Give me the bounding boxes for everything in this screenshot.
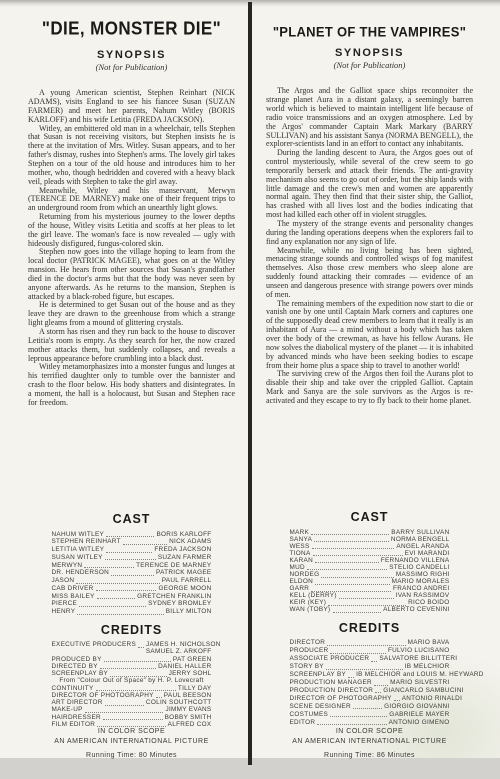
synopsis-body: The Argos and the Galliot space ships re… xyxy=(266,87,473,506)
credit-row: EDITORANTONIO GIMENO xyxy=(290,720,450,726)
credit-row: HAIRDRESSERBOBBY SMITH xyxy=(52,715,212,721)
dotted-leader xyxy=(111,575,154,576)
synopsis-paragraph: The surviving crew of the Argos then foi… xyxy=(266,370,473,405)
dotted-leader xyxy=(79,606,146,607)
dotted-leader xyxy=(76,583,159,584)
cast-list: NAHUM WITLEYBORIS KARLOFFSTEPHEN REINHAR… xyxy=(52,532,212,616)
credit-row-continuation: SAMUEL Z. ARKOFF xyxy=(52,649,212,655)
cast-row: SUSAN WITLEYSUZAN FARMER xyxy=(52,555,212,561)
dotted-leader xyxy=(97,598,136,599)
footer-running-time: Running Time: 80 Minutes xyxy=(28,751,235,761)
dotted-leader xyxy=(375,692,381,693)
synopsis-paragraph: Returning from his mysterious journey to… xyxy=(28,213,235,248)
footer-running-time: Running Time: 86 Minutes xyxy=(266,751,473,761)
credit-row: DIRECTORMARIO BAVA xyxy=(290,640,450,646)
synopsis-paragraph: The Argos and the Galliot space ships re… xyxy=(266,87,473,149)
dotted-leader xyxy=(312,548,395,549)
dotted-leader xyxy=(330,653,385,654)
cast-row: NAHUM WITLEYBORIS KARLOFF xyxy=(52,532,212,538)
dotted-leader xyxy=(311,534,389,535)
credit-row: SCENE DESIGNERGIORGIO GIOVANNI xyxy=(290,704,450,710)
dotted-leader xyxy=(100,668,156,669)
film-title: "DIE, MONSTER DIE" xyxy=(28,19,235,38)
film-panel-die-monster-die: "DIE, MONSTER DIE" SYNOPSIS (Not for Pub… xyxy=(28,0,235,779)
cast-row: STEPHEN REINHARTNICK ADAMS xyxy=(52,539,212,545)
cast-row: JASONPAUL FARRELL xyxy=(52,578,212,584)
footer-color-scope: IN COLOR SCOPE xyxy=(266,727,473,737)
dotted-leader xyxy=(103,719,163,720)
dotted-leader xyxy=(348,677,354,678)
cast-row: MISS BAILEYGRETCHEN FRANKLIN xyxy=(52,594,212,600)
dotted-leader xyxy=(321,577,394,578)
credits-list: DIRECTORMARIO BAVAPRODUCERFULVIO LUCISAN… xyxy=(290,640,450,726)
dotted-leader xyxy=(371,661,377,662)
dotted-leader xyxy=(333,612,382,613)
synopsis-paragraph: Witley, an embittered old man in a wheel… xyxy=(28,125,235,187)
dotted-leader xyxy=(353,708,382,709)
synopsis-paragraph: During the landing descent to Aura, the … xyxy=(266,149,473,220)
credit-row: ASSOCIATE PRODUCERSALVATORE BILLITTERI xyxy=(290,656,450,662)
dotted-leader xyxy=(307,569,387,570)
cast-row: CAB DRIVERGEORGE MOON xyxy=(52,586,212,592)
cast-row: WAN (TOBY)ALBERTO CEVENINI xyxy=(290,607,450,613)
credit-row: MAKE-UPJIMMY EVANS xyxy=(52,707,212,713)
dotted-leader xyxy=(314,541,389,542)
synopsis-heading: SYNOPSIS xyxy=(266,47,473,59)
credits-heading: CREDITS xyxy=(266,622,473,635)
synopsis-heading: SYNOPSIS xyxy=(28,49,235,61)
dotted-leader xyxy=(374,685,388,686)
dotted-leader xyxy=(85,712,164,713)
credit-row: PRODUCERFULVIO LUCISANO xyxy=(290,648,450,654)
pressbook-page: { "page": { "paper_color": "#f5f3ee", "d… xyxy=(0,0,500,779)
synopsis-paragraph: He is determined to get Susan out of the… xyxy=(28,301,235,328)
cast-row: DR. HENDERSONPATRICK MAGEE xyxy=(52,570,212,576)
synopsis-paragraph: Meanwhile, while no living being has bee… xyxy=(266,247,473,300)
cast-row: PIERCESYDNEY BROMLEY xyxy=(52,601,212,607)
dotted-leader xyxy=(105,559,156,560)
cast-heading: CAST xyxy=(28,513,235,526)
dotted-leader xyxy=(84,567,134,568)
dotted-leader xyxy=(394,700,400,701)
film-title: "PLANET OF THE VAMPIRES" xyxy=(266,24,473,39)
cast-heading: CAST xyxy=(266,511,473,524)
synopsis-paragraph: Meanwhile, Witley and his manservant, Me… xyxy=(28,187,235,214)
dotted-leader xyxy=(315,584,390,585)
footer-studio: AN AMERICAN INTERNATIONAL PICTURE xyxy=(266,737,473,747)
credit-source-note: From "Colour Out of Space" by H. P. Love… xyxy=(52,678,212,684)
dotted-leader xyxy=(326,669,403,670)
synopsis-note: (Not for Publication) xyxy=(266,60,473,70)
dotted-leader xyxy=(106,536,154,537)
synopsis-paragraph: A storm has risen and they run back to t… xyxy=(28,328,235,363)
dotted-leader xyxy=(138,647,144,648)
credit-row: DIRECTOR OF PHOTOGRAPHYANTONIO RINALDI xyxy=(290,696,450,702)
credit-row: PRODUCTION MANAGERMARIO SILVESTRI xyxy=(290,680,450,686)
credits-heading: CREDITS xyxy=(28,624,235,637)
dotted-leader xyxy=(105,705,144,706)
synopsis-paragraph: Stephen now goes into the village hoping… xyxy=(28,248,235,301)
cast-row: LETITIA WITLEYFREDA JACKSON xyxy=(52,547,212,553)
dotted-leader xyxy=(77,614,163,615)
cast-list: MARKBARRY SULLIVANSANYANORMA BENGELLWESS… xyxy=(290,530,450,614)
credit-row: SCREENPLAY BYIB MELCHIOR and LOUIS M. HE… xyxy=(290,672,450,678)
synopsis-paragraph: The mystery of the strange events and pe… xyxy=(266,220,473,247)
panel-footer: IN COLOR SCOPE AN AMERICAN INTERNATIONAL… xyxy=(266,727,473,761)
dotted-leader xyxy=(339,598,394,599)
dotted-leader xyxy=(104,661,171,662)
dotted-leader xyxy=(330,716,387,717)
dotted-leader xyxy=(123,544,167,545)
column-divider-rule xyxy=(248,2,252,765)
dotted-leader xyxy=(96,590,157,591)
synopsis-body: A young American scientist, Stephen Rein… xyxy=(28,89,235,508)
synopsis-paragraph: Witley metamorphasizes into a monster fu… xyxy=(28,363,235,407)
dotted-leader xyxy=(317,724,386,725)
credit-row: PRODUCTION DIRECTORGIANCARLO SAMBUCINI xyxy=(290,688,450,694)
film-panel-planet-of-the-vampires: "PLANET OF THE VAMPIRES" SYNOPSIS (Not f… xyxy=(266,0,473,779)
panel-footer: IN COLOR SCOPE AN AMERICAN INTERNATIONAL… xyxy=(28,727,235,761)
synopsis-paragraph: A young American scientist, Stephen Rein… xyxy=(28,89,235,124)
dotted-leader xyxy=(315,562,379,563)
footer-color-scope: IN COLOR SCOPE xyxy=(28,727,235,737)
footer-studio: AN AMERICAN INTERNATIONAL PICTURE xyxy=(28,737,235,747)
dotted-leader xyxy=(106,552,152,553)
credit-row: COSTUMESGABRIELE MAYER xyxy=(290,712,450,718)
credit-row: STORY BYIB MELCHIOR xyxy=(290,664,450,670)
cast-row: HENRYBILLY MILTON xyxy=(52,609,212,615)
dotted-leader xyxy=(327,645,406,646)
synopsis-note: (Not for Publication) xyxy=(28,62,235,72)
cast-row: MERWYNTERENCE DE MARNEY xyxy=(52,563,212,569)
synopsis-paragraph: The remaining members of the expedition … xyxy=(266,300,473,371)
dotted-leader xyxy=(96,690,176,691)
credits-list: EXECUTIVE PRODUCERSJAMES H. NICHOLSONSAM… xyxy=(52,642,212,728)
